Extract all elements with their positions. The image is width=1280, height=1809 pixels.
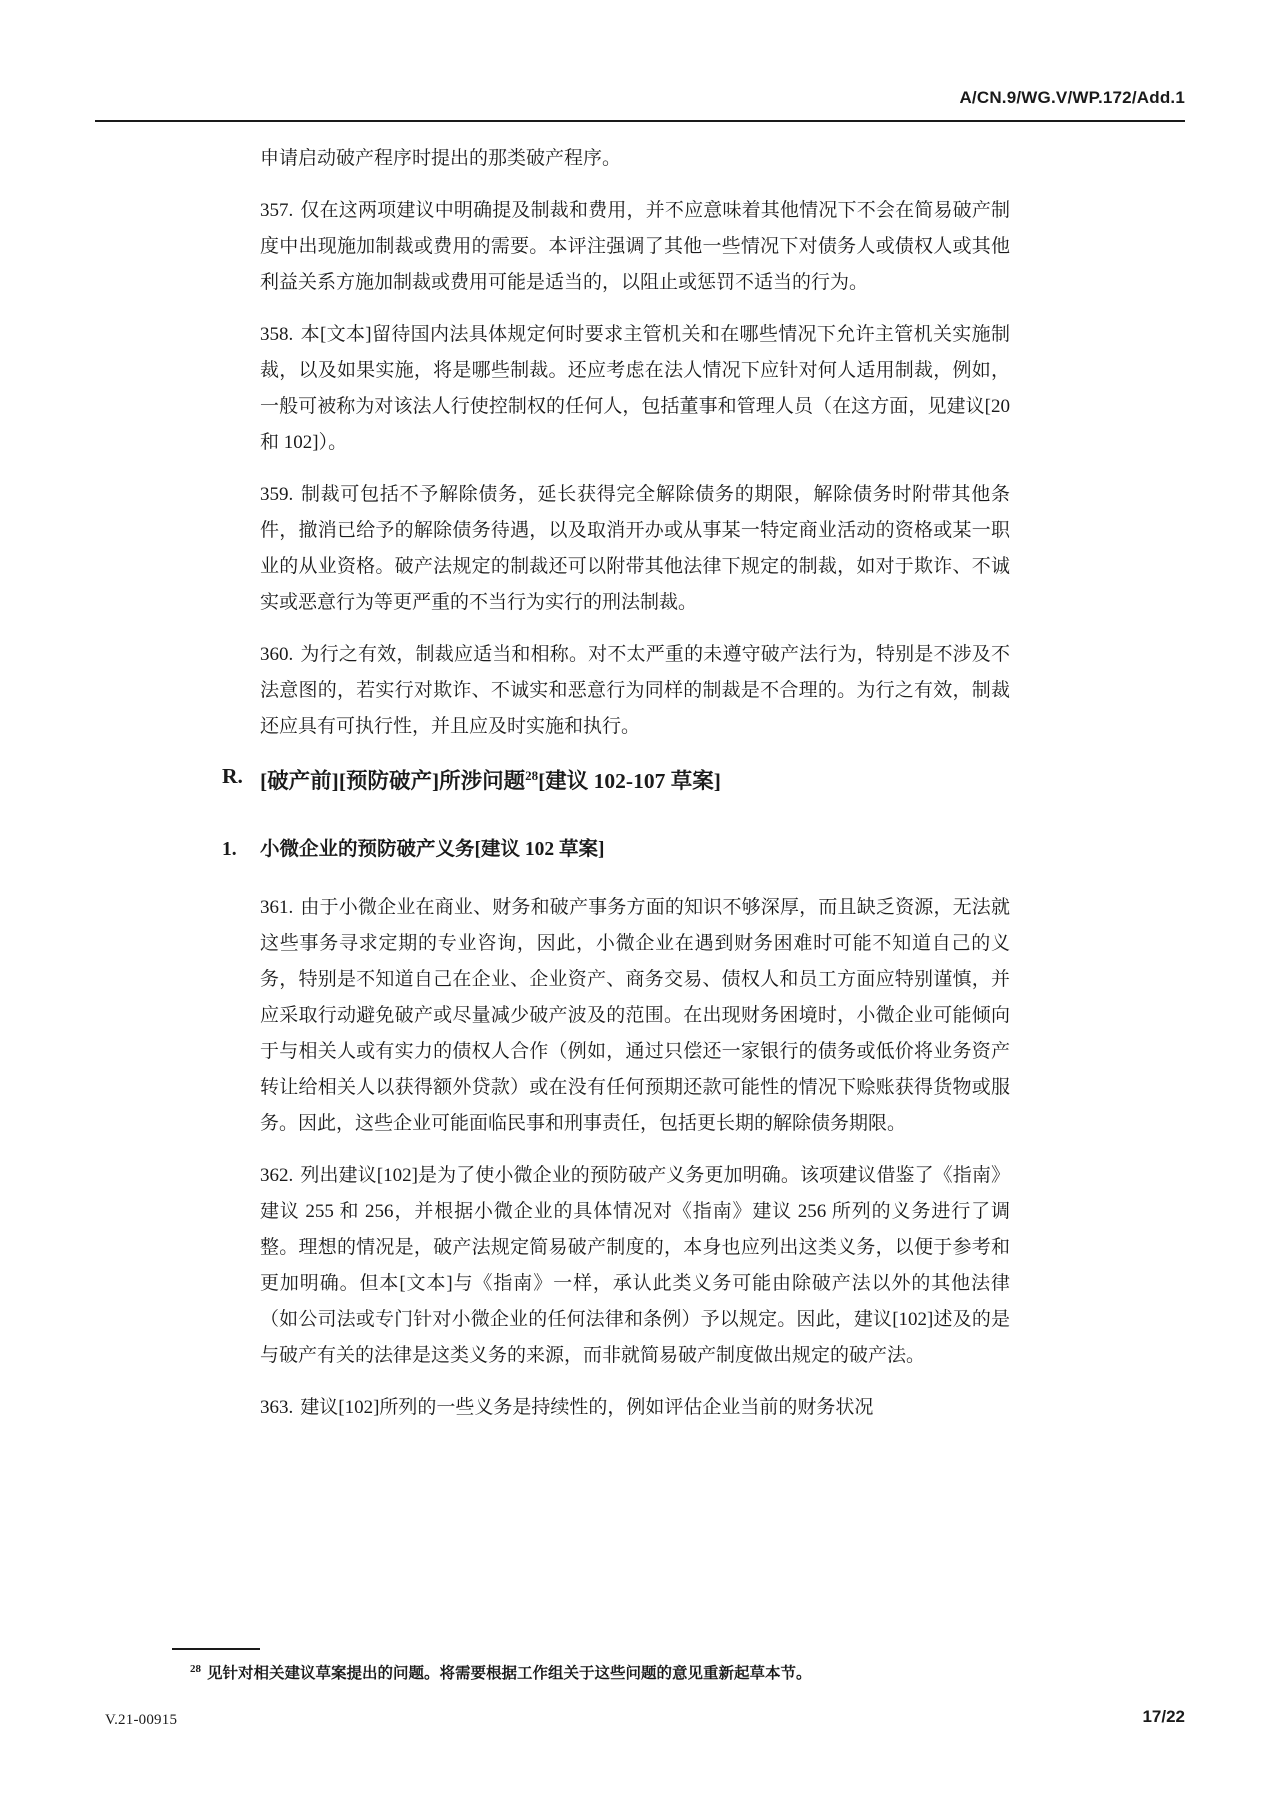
- paragraph-361: 361.由于小微企业在商业、财务和破产事务方面的知识不够深厚，而且缺乏资源，无法…: [260, 890, 1010, 1142]
- section-label: R.: [222, 761, 260, 796]
- paragraph-360: 360.为行之有效，制裁应适当和相称。对不太严重的未遵守破产法行为，特别是不涉及…: [260, 637, 1010, 745]
- paragraph-number: 359.: [260, 484, 300, 505]
- footnote-block: 28见针对相关建议草案提出的问题。将需要根据工作组关于这些问题的意见重新起草本节…: [172, 1648, 1072, 1685]
- section-title-tail: [建议 102-107 草案]: [538, 769, 721, 793]
- footnote-ref-superscript: 28: [525, 768, 538, 783]
- footnote-28: 28见针对相关建议草案提出的问题。将需要根据工作组关于这些问题的意见重新起草本节…: [172, 1658, 1072, 1685]
- header-rule: [95, 120, 1185, 122]
- document-page: A/CN.9/WG.V/WP.172/Add.1 申请启动破产程序时提出的那类破…: [0, 0, 1280, 1809]
- footnote-number: 28: [190, 1663, 207, 1675]
- paragraph-text: 由于小微企业在商业、财务和破产事务方面的知识不够深厚，而且缺乏资源，无法就这些事…: [260, 897, 1010, 1134]
- paragraph-text: 制裁可包括不予解除债务，延长获得完全解除债务的期限，解除债务时附带其他条件，撤消…: [260, 484, 1010, 613]
- footer-doc-number: V.21-00915: [105, 1712, 177, 1729]
- paragraph-number: 363.: [260, 1397, 300, 1418]
- section-heading-r: R. [破产前][预防破产]所涉问题28[建议 102-107 草案]: [222, 761, 1010, 796]
- section-heading-1: 1. 小微企业的预防破产义务[建议 102 草案]: [222, 836, 1010, 864]
- section-title: 小微企业的预防破产义务[建议 102 草案]: [260, 836, 605, 864]
- paragraph-number: 357.: [260, 200, 300, 221]
- paragraph-number: 362.: [260, 1165, 300, 1186]
- section-title-main: [破产前][预防破产]所涉问题: [260, 769, 525, 793]
- paragraph-text: 仅在这两项建议中明确提及制裁和费用，并不应意味着其他情况下不会在简易破产制度中出…: [260, 200, 1010, 293]
- paragraph-359: 359.制裁可包括不予解除债务，延长获得完全解除债务的期限，解除债务时附带其他条…: [260, 477, 1010, 621]
- header-doc-symbol: A/CN.9/WG.V/WP.172/Add.1: [959, 88, 1185, 108]
- paragraph-number: 358.: [260, 324, 300, 345]
- paragraph-text: 本[文本]留待国内法具体规定何时要求主管机关和在哪些情况下允许主管机关实施制裁，…: [260, 324, 1010, 453]
- paragraph-number: 360.: [260, 644, 300, 665]
- footnote-separator: [172, 1648, 260, 1650]
- paragraph-357: 357.仅在这两项建议中明确提及制裁和费用，并不应意味着其他情况下不会在简易破产…: [260, 193, 1010, 301]
- paragraph-text: 列出建议[102]是为了使小微企业的预防破产义务更加明确。该项建议借鉴了《指南》…: [260, 1165, 1010, 1366]
- intro-text: 申请启动破产程序时提出的那类破产程序。: [260, 148, 621, 169]
- footnote-text: 见针对相关建议草案提出的问题。将需要根据工作组关于这些问题的意见重新起草本节。: [207, 1665, 812, 1682]
- body-content: 申请启动破产程序时提出的那类破产程序。 357.仅在这两项建议中明确提及制裁和费…: [260, 141, 1010, 1442]
- section-title: [破产前][预防破产]所涉问题28[建议 102-107 草案]: [260, 761, 721, 796]
- paragraph-362: 362.列出建议[102]是为了使小微企业的预防破产义务更加明确。该项建议借鉴了…: [260, 1158, 1010, 1374]
- paragraph-text: 为行之有效，制裁应适当和相称。对不太严重的未遵守破产法行为，特别是不涉及不法意图…: [260, 644, 1010, 737]
- section-label: 1.: [222, 836, 260, 864]
- paragraph-358: 358.本[文本]留待国内法具体规定何时要求主管机关和在哪些情况下允许主管机关实…: [260, 317, 1010, 461]
- intro-paragraph: 申请启动破产程序时提出的那类破产程序。: [260, 141, 1010, 177]
- paragraph-text: 建议[102]所列的一些义务是持续性的，例如评估企业当前的财务状况: [300, 1397, 873, 1418]
- paragraph-363: 363.建议[102]所列的一些义务是持续性的，例如评估企业当前的财务状况: [260, 1390, 1010, 1426]
- paragraph-number: 361.: [260, 897, 300, 918]
- footer-page-number: 17/22: [1142, 1707, 1185, 1727]
